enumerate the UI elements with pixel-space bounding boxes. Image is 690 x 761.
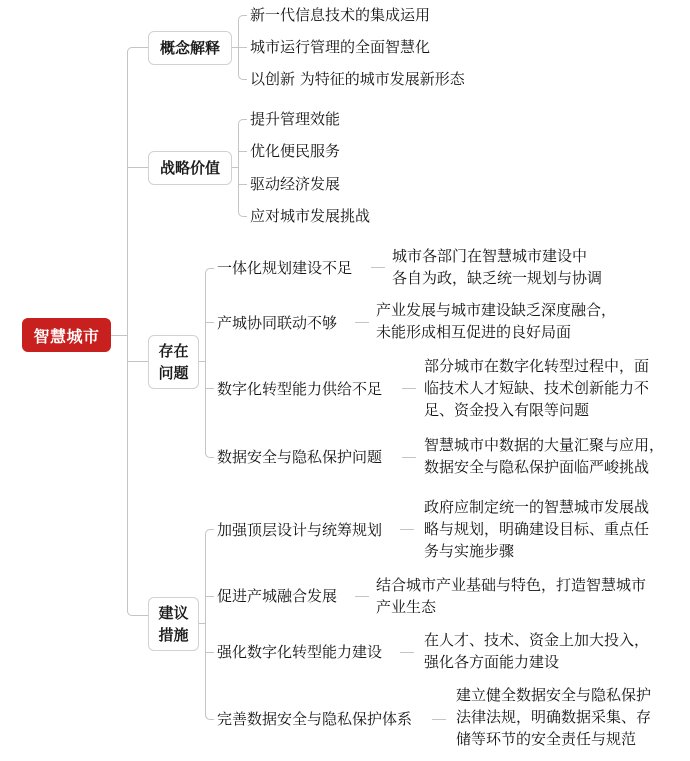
leaf-node[interactable]: 新一代信息技术的集成运用 <box>250 4 430 26</box>
suggestion-node[interactable]: 完善数据安全与隐私保护体系 <box>217 708 412 730</box>
connector <box>371 267 385 268</box>
connector <box>402 388 416 389</box>
issue-node[interactable]: 一体化规划建设不足 <box>217 257 352 279</box>
detail-line: 智慧城市中数据的大量汇聚与应用， <box>424 434 664 456</box>
branch-node-issues[interactable]: 存在 问题 <box>148 335 199 389</box>
connector <box>238 15 247 49</box>
detail-line: 城市各部门在智慧城市建设中 <box>392 245 602 267</box>
root-node[interactable]: 智慧城市 <box>22 318 111 352</box>
detail-line: 略与规划，明确建设目标、重点任 <box>424 518 649 540</box>
connector <box>400 652 414 653</box>
leaf-node[interactable]: 以创新 为特征的城市发展新形态 <box>250 68 465 90</box>
branch-label: 概念解释 <box>160 37 220 59</box>
branch-label-line: 问题 <box>158 362 188 384</box>
connector <box>400 529 414 530</box>
detail-line: 务与实施步骤 <box>424 540 649 562</box>
connector <box>239 151 247 152</box>
leaf-node[interactable]: 驱动经济发展 <box>250 173 340 195</box>
detail-line: 各自为政，缺乏统一规划与协调 <box>392 267 602 289</box>
connector <box>432 719 446 720</box>
connector <box>355 322 369 323</box>
branch-label: 战略价值 <box>160 157 220 179</box>
connector <box>205 529 214 625</box>
connector <box>127 47 149 338</box>
connector <box>402 457 416 458</box>
branch-node-suggestions[interactable]: 建议 措施 <box>148 597 199 651</box>
issue-node[interactable]: 数据安全与隐私保护问题 <box>217 446 382 468</box>
branch-node-strategic-value[interactable]: 战略价值 <box>148 151 232 185</box>
connector <box>355 596 369 597</box>
detail-line: 政府应制定统一的智慧城市发展战 <box>424 496 649 518</box>
leaf-node[interactable]: 城市运行管理的全面智慧化 <box>250 36 430 58</box>
detail-line: 足、资金投入有限等问题 <box>424 399 649 421</box>
suggestion-detail[interactable]: 建立健全数据安全与隐私保护 法律法规，明确数据采集、存 储等环节的安全责任与规范 <box>456 684 651 750</box>
connector <box>205 623 214 720</box>
connector <box>128 167 148 168</box>
connector <box>127 336 149 616</box>
connector <box>206 322 214 323</box>
connector <box>128 361 148 362</box>
detail-line: 建立健全数据安全与隐私保护 <box>456 684 651 706</box>
suggestion-detail[interactable]: 结合城市产业基础与特色，打造智慧城市 产业生态 <box>376 574 646 618</box>
detail-line: 结合城市产业基础与特色，打造智慧城市 <box>376 574 646 596</box>
connector <box>206 596 214 597</box>
leaf-node[interactable]: 提升管理效能 <box>250 108 340 130</box>
detail-line: 未能形成相互促进的良好局面 <box>376 321 616 343</box>
issue-node[interactable]: 数字化转型能力供给不足 <box>217 378 382 400</box>
suggestion-node[interactable]: 强化数字化转型能力建设 <box>217 641 382 663</box>
connector <box>111 335 127 336</box>
issue-detail[interactable]: 部分城市在数字化转型过程中，面 临技术人才短缺、技术创新能力不 足、资金投入有限… <box>424 355 649 421</box>
connector <box>205 361 214 458</box>
connector <box>239 47 247 48</box>
suggestion-node[interactable]: 促进产城融合发展 <box>217 585 337 607</box>
detail-line: 强化各方面能力建设 <box>424 651 649 673</box>
connector <box>238 119 247 169</box>
connector <box>238 167 247 217</box>
suggestion-detail[interactable]: 在人才、技术、资金上加大投入， 强化各方面能力建设 <box>424 629 649 673</box>
leaf-node[interactable]: 优化便民服务 <box>250 140 340 162</box>
connector <box>206 388 214 389</box>
detail-line: 部分城市在数字化转型过程中，面 <box>424 355 649 377</box>
branch-node-concept[interactable]: 概念解释 <box>148 31 232 65</box>
detail-line: 法律法规，明确数据采集、存 <box>456 706 651 728</box>
issue-detail[interactable]: 智慧城市中数据的大量汇聚与应用， 数据安全与隐私保护面临严峻挑战 <box>424 434 664 478</box>
branch-label-line: 措施 <box>158 624 188 646</box>
suggestion-node[interactable]: 加强顶层设计与统筹规划 <box>217 519 382 541</box>
issue-node[interactable]: 产城协同联动不够 <box>217 312 337 334</box>
detail-line: 临技术人才短缺、技术创新能力不 <box>424 377 649 399</box>
detail-line: 产业发展与城市建设缺乏深度融合， <box>376 299 616 321</box>
connector <box>205 268 214 363</box>
issue-detail[interactable]: 产业发展与城市建设缺乏深度融合， 未能形成相互促进的良好局面 <box>376 299 616 343</box>
detail-line: 数据安全与隐私保护面临严峻挑战 <box>424 456 664 478</box>
leaf-node[interactable]: 应对城市发展挑战 <box>250 205 370 227</box>
suggestion-detail[interactable]: 政府应制定统一的智慧城市发展战 略与规划，明确建设目标、重点任 务与实施步骤 <box>424 496 649 562</box>
branch-label-line: 存在 <box>158 340 188 362</box>
connector <box>238 47 247 80</box>
detail-line: 在人才、技术、资金上加大投入， <box>424 629 649 651</box>
connector <box>239 184 247 185</box>
detail-line: 产业生态 <box>376 596 646 618</box>
root-label: 智慧城市 <box>33 324 99 347</box>
connector <box>206 652 214 653</box>
branch-label-line: 建议 <box>158 602 188 624</box>
detail-line: 储等环节的安全责任与规范 <box>456 728 651 750</box>
issue-detail[interactable]: 城市各部门在智慧城市建设中 各自为政，缺乏统一规划与协调 <box>392 245 602 289</box>
